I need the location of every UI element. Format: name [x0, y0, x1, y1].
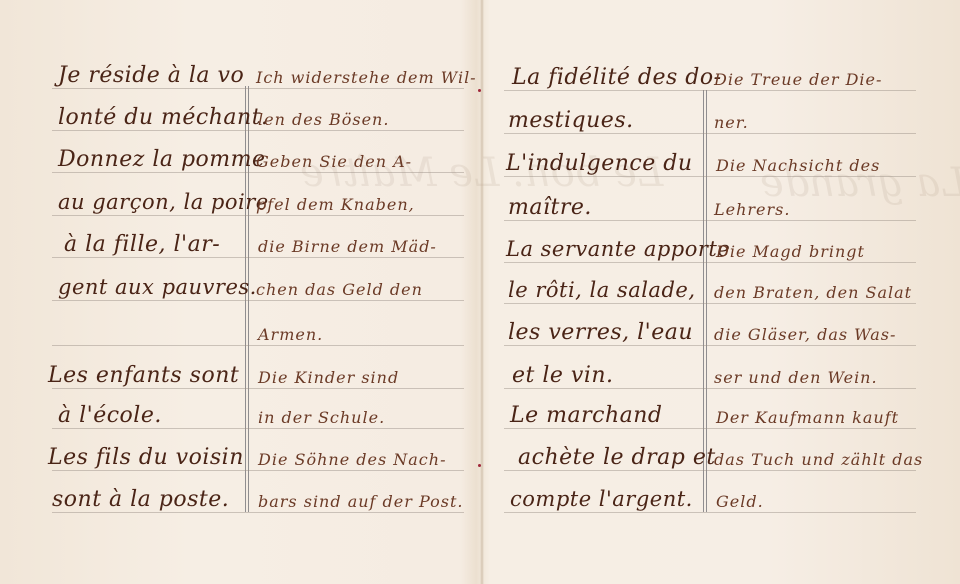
- german-line: Geben Sie den A-: [256, 152, 412, 171]
- french-line: et le vin.: [512, 363, 614, 388]
- german-line: Die Magd bringt: [716, 242, 865, 261]
- french-line: Le marchand: [510, 403, 662, 428]
- rule-line: [52, 130, 464, 131]
- french-line: Les enfants sont: [48, 363, 239, 388]
- french-line: La fidélité des do-: [512, 65, 722, 90]
- french-line: La servante apporte: [506, 237, 730, 261]
- rule-line: [504, 262, 916, 263]
- german-line: Lehrers.: [714, 200, 790, 219]
- german-line: Der Kaufmann kauft: [716, 408, 899, 427]
- french-line: le rôti, la salade,: [508, 278, 696, 302]
- german-line: Armen.: [258, 325, 323, 344]
- french-line: Les fils du voisin: [48, 445, 244, 470]
- german-line: Die Kinder sind: [258, 368, 399, 387]
- rule-line: [52, 470, 464, 471]
- rule-line: [504, 176, 916, 177]
- notebook-spread: Le bon. Le Maître La grande Je réside à …: [0, 0, 960, 584]
- german-line: ner.: [714, 113, 749, 132]
- french-line: Je réside à la vo: [58, 63, 244, 88]
- rule-line: [52, 428, 464, 429]
- german-line: pfel dem Knaben,: [256, 195, 415, 214]
- rule-line: [52, 512, 464, 513]
- german-line: chen das Geld den: [256, 280, 423, 299]
- german-line: den Braten, den Salat: [714, 283, 912, 302]
- rule-line: [52, 172, 464, 173]
- french-line: sont à la poste.: [52, 487, 229, 512]
- french-line: achète le drap et: [518, 445, 716, 470]
- french-line: à la fille, l'ar-: [64, 232, 220, 257]
- french-line: les verres, l'eau: [508, 320, 693, 345]
- german-line: Die Treue der Die-: [714, 70, 882, 89]
- french-line: compte l'argent.: [510, 487, 693, 511]
- right-page: La fidélité des do- mestiques. L'indulge…: [482, 0, 960, 584]
- german-line: Ich widerstehe dem Wil-: [256, 68, 477, 87]
- german-line: die Gläser, das Was-: [714, 325, 896, 344]
- rule-line: [504, 512, 916, 513]
- french-line: au garçon, la poire: [58, 190, 269, 214]
- french-line: L'indulgence du: [506, 151, 693, 176]
- rule-line: [504, 428, 916, 429]
- german-line: das Tuch und zählt das: [714, 450, 923, 469]
- german-line: bars sind auf der Post.: [258, 492, 463, 511]
- rule-line: [504, 133, 916, 134]
- french-line: à l'école.: [58, 403, 162, 428]
- german-line: Die Söhne des Nach-: [258, 450, 446, 469]
- rule-line: [504, 220, 916, 221]
- french-line: lonté du méchant.: [58, 105, 269, 130]
- german-line: in der Schule.: [258, 408, 385, 427]
- rule-line: [504, 470, 916, 471]
- rule-line: [504, 345, 916, 346]
- french-line: gent aux pauvres.: [58, 275, 257, 299]
- rule-line: [52, 88, 464, 89]
- rule-line: [52, 300, 464, 301]
- left-page: Je réside à la vo lonté du méchant. Donn…: [0, 0, 482, 584]
- french-line: maître.: [508, 195, 592, 220]
- rule-line: [504, 303, 916, 304]
- rule-line: [504, 90, 916, 91]
- french-line: mestiques.: [508, 108, 634, 133]
- rule-line: [504, 388, 916, 389]
- german-line: len des Bösen.: [258, 110, 389, 129]
- french-line: Donnez la pomme: [58, 147, 266, 172]
- rule-line: [52, 388, 464, 389]
- german-line: ser und den Wein.: [714, 368, 878, 387]
- rule-line: [52, 215, 464, 216]
- german-line: die Birne dem Mäd-: [258, 237, 437, 256]
- rule-line: [52, 345, 464, 346]
- german-line: Die Nachsicht des: [716, 156, 880, 175]
- rule-line: [52, 257, 464, 258]
- german-line: Geld.: [716, 492, 764, 511]
